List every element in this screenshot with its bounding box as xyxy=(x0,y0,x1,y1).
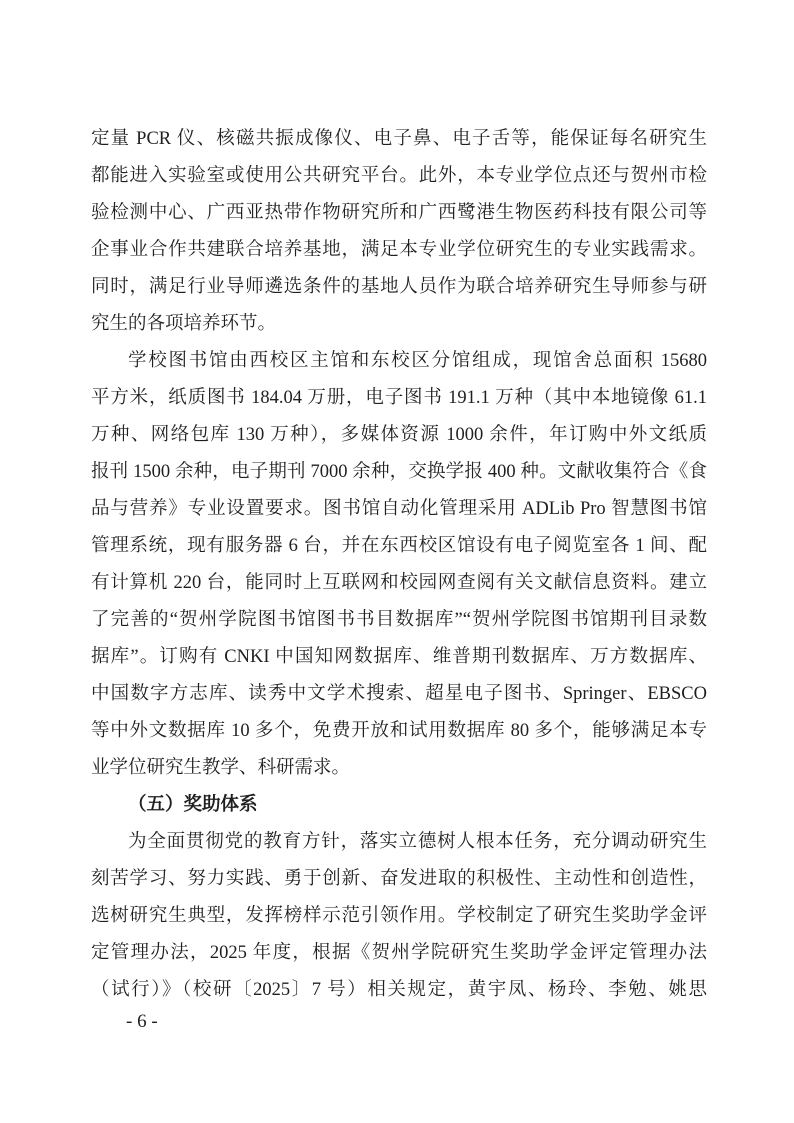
paragraph-awards-system: 为全面贯彻党的教育方针，落实立德树人根本任务，充分调动研究生刻苦学习、努力实践、… xyxy=(91,824,707,1009)
text-line: 刻苦学习、努力实践、勇于创新、奋发进取的积极性、主动性和创造性， xyxy=(91,861,707,898)
text-line: 报刊 1500 余种，电子期刊 7000 余种，交换学报 400 种。文献收集符… xyxy=(91,454,707,491)
text-line: 同时，满足行业导师遴选条件的基地人员作为联合培养研究生导师参与研 xyxy=(91,269,707,306)
paragraph-library-resources: 学校图书馆由西校区主馆和东校区分馆组成，现馆舍总面积 15680平方米，纸质图书… xyxy=(91,343,707,787)
text-line: （试行）》（校研〔2025〕7 号）相关规定，黄宇凤、杨玲、李勉、姚思 xyxy=(91,972,707,1009)
text-line: 究生的各项培养环节。 xyxy=(91,306,707,343)
text-line: 都能进入实验室或使用公共研究平台。此外，本专业学位点还与贺州市检 xyxy=(91,158,707,195)
text-line: 据库”。订购有 CNKI 中国知网数据库、维普期刊数据库、万方数据库、 xyxy=(91,639,707,676)
text-line: 企事业合作共建联合培养基地，满足本专业学位研究生的专业实践需求。 xyxy=(91,232,707,269)
text-line: 学校图书馆由西校区主馆和东校区分馆组成，现馆舍总面积 15680 xyxy=(91,343,707,380)
text-line: 业学位研究生教学、科研需求。 xyxy=(91,750,707,787)
text-line: 有计算机 220 台，能同时上互联网和校园网查阅有关文献信息资料。建立 xyxy=(91,565,707,602)
text-line: 选树研究生典型，发挥榜样示范引领作用。学校制定了研究生奖助学金评 xyxy=(91,898,707,935)
text-line: 定管理办法，2025 年度，根据《贺州学院研究生奖助学金评定管理办法 xyxy=(91,935,707,972)
text-line: 等中外文数据库 10 多个，免费开放和试用数据库 80 多个，能够满足本专 xyxy=(91,713,707,750)
text-line: 验检测中心、广西亚热带作物研究所和广西鹭港生物医药科技有限公司等 xyxy=(91,195,707,232)
text-line: 为全面贯彻党的教育方针，落实立德树人根本任务，充分调动研究生 xyxy=(91,824,707,861)
paragraph-research-platform: 定量 PCR 仪、核磁共振成像仪、电子鼻、电子舌等，能保证每名研究生都能进入实验… xyxy=(91,121,707,343)
document-page: 定量 PCR 仪、核磁共振成像仪、电子鼻、电子舌等，能保证每名研究生都能进入实验… xyxy=(0,0,794,1123)
text-line: 平方米，纸质图书 184.04 万册，电子图书 191.1 万种（其中本地镜像 … xyxy=(91,380,707,417)
text-line: 管理系统，现有服务器 6 台，并在东西校区馆设有电子阅览室各 1 间、配 xyxy=(91,528,707,565)
section-heading-awards: （五）奖助体系 xyxy=(91,787,707,824)
text-line: 了完善的“贺州学院图书馆图书书目数据库”“贺州学院图书馆期刊目录数 xyxy=(91,602,707,639)
page-number: - 6 - xyxy=(126,1004,158,1040)
text-line: 品与营养》专业设置要求。图书馆自动化管理采用 ADLib Pro 智慧图书馆 xyxy=(91,491,707,528)
text-line: 万种、网络包库 130 万种），多媒体资源 1000 余件，年订购中外文纸质 xyxy=(91,417,707,454)
text-line: （五）奖助体系 xyxy=(91,787,707,824)
text-line: 中国数字方志库、读秀中文学术搜索、超星电子图书、Springer、EBSCO xyxy=(91,676,707,713)
text-line: 定量 PCR 仪、核磁共振成像仪、电子鼻、电子舌等，能保证每名研究生 xyxy=(91,121,707,158)
document-body: 定量 PCR 仪、核磁共振成像仪、电子鼻、电子舌等，能保证每名研究生都能进入实验… xyxy=(91,121,707,1009)
